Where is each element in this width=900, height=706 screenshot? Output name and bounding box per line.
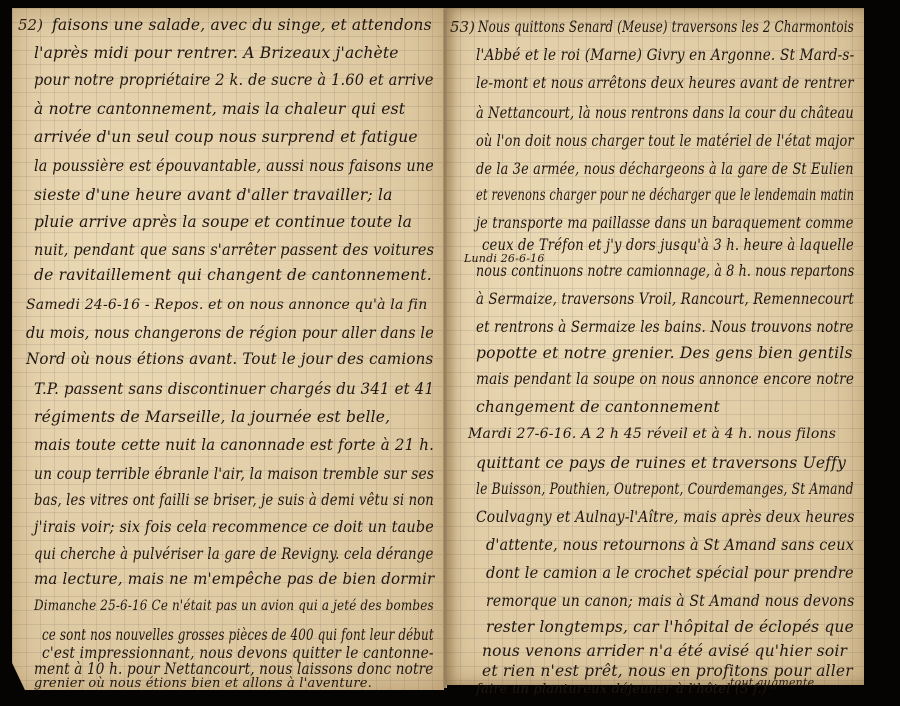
text-line: régiments de Marseille, la journée est b… bbox=[34, 408, 390, 426]
diary-entry-mardi: Mardi 27-6-16. A 2 h 45 réveil et à 4 h.… bbox=[468, 426, 836, 442]
text-line: j'irais voir; six fois cela recommence c… bbox=[34, 518, 434, 536]
text-line: mais pendant la soupe on nous annonce en… bbox=[476, 370, 854, 388]
text-line: l'Abbé et le roi (Marne) Givry en Argonn… bbox=[476, 46, 854, 64]
diary-entry-dimanche: Dimanche 25-6-16 Ce n'était pas un avion… bbox=[34, 598, 434, 614]
annotation-tout-augmente: tout augmente bbox=[730, 676, 814, 689]
right-notebook-page: 53) Nous quittons Senard (Meuse) travers… bbox=[446, 8, 864, 685]
text-line: de la 3e armée, nous déchargeons à la ga… bbox=[476, 160, 854, 178]
text-line: ce sont nos nouvelles grosses pièces de … bbox=[42, 626, 434, 644]
text-line: où l'on doit nous charger tout le matéri… bbox=[476, 132, 854, 150]
text-line: Nous quittons Senard (Meuse) traversons … bbox=[478, 18, 854, 36]
text-line: du mois, nous changerons de région pour … bbox=[26, 324, 434, 342]
text-line: à Nettancourt, là nous rentrons dans la … bbox=[476, 104, 854, 122]
text-line: T.P. passent sans discontinuer chargés d… bbox=[34, 380, 434, 398]
text-line: pour notre propriétaire 2 k. de sucre à … bbox=[34, 71, 434, 89]
text-line: Nord où nous étions avant. Tout le jour … bbox=[26, 350, 433, 368]
text-line: bas, les vitres ont failli se briser, je… bbox=[34, 491, 434, 509]
left-notebook-page: 52) faisons une salade, avec du singe, e… bbox=[12, 8, 444, 690]
text-line: arrivée d'un seul coup nous surprend et … bbox=[34, 128, 418, 146]
text-line: remorque un canon; mais à St Amand nous … bbox=[486, 592, 854, 610]
text-line: et revenons charger pour ne décharger qu… bbox=[476, 186, 854, 204]
text-line: le-mont et nous arrêtons deux heures ava… bbox=[476, 74, 854, 92]
text-line: faisons une salade, avec du singe, et at… bbox=[52, 16, 432, 34]
text-line: d'attente, nous retournons à St Amand sa… bbox=[486, 536, 854, 554]
text-line: sieste d'une heure avant d'aller travail… bbox=[34, 186, 393, 204]
diary-entry-samedi: Samedi 24-6-16 - Repos. et on nous annon… bbox=[26, 297, 427, 313]
left-page-text: faisons une salade, avec du singe, et at… bbox=[12, 8, 444, 690]
text-line: rester longtemps, car l'hôpital de éclop… bbox=[486, 618, 854, 636]
text-line: mais toute cette nuit la canonnade est f… bbox=[34, 436, 434, 454]
right-page-text: Nous quittons Senard (Meuse) traversons … bbox=[446, 8, 864, 685]
text-line: ma lecture, mais ne m'empêche pas de bie… bbox=[34, 570, 434, 588]
text-line: nuit, pendant que sans s'arrêter passent… bbox=[34, 241, 434, 259]
text-line: popotte et notre grenier. Des gens bien … bbox=[476, 344, 853, 362]
text-line: je transporte ma paillasse dans un baraq… bbox=[476, 214, 854, 232]
text-line: la poussière est épouvantable, aussi nou… bbox=[34, 157, 434, 175]
text-line: de ravitaillement qui changent de canton… bbox=[34, 266, 432, 284]
text-line: à Sermaize, traversons Vroil, Rancourt, … bbox=[476, 290, 854, 308]
text-line: faire un plantureux déjeuner à l'hôtel (… bbox=[476, 682, 767, 697]
text-line: Coulvagny et Aulnay-l'Aître, mais après … bbox=[476, 508, 855, 526]
text-line: le Buisson, Pouthien, Outrepont, Courdem… bbox=[476, 480, 854, 498]
text-line: nous venons arrider n'a été avisé qu'hie… bbox=[482, 642, 847, 660]
text-line: et rentrons à Sermaize les bains. Nous t… bbox=[476, 318, 854, 336]
text-line: nous continuons notre camionnage, à 8 h.… bbox=[476, 262, 854, 280]
text-line: à notre cantonnement, mais la chaleur qu… bbox=[34, 100, 405, 118]
text-line: qui cherche à pulvériser la gare de Revi… bbox=[34, 545, 434, 563]
text-line: grenier où nous étions bien et allons à … bbox=[34, 676, 372, 691]
text-line: quittant ce pays de ruines et traversons… bbox=[476, 454, 846, 472]
text-line: pluie arrive après la soupe et continue … bbox=[34, 213, 412, 231]
text-line: un coup terrible ébranle l'air, la maiso… bbox=[34, 465, 434, 483]
text-line: l'après midi pour rentrer. A Brizeaux j'… bbox=[34, 44, 399, 62]
text-line: dont le camion a le crochet spécial pour… bbox=[486, 564, 854, 582]
text-line: changement de cantonnement bbox=[476, 398, 720, 416]
